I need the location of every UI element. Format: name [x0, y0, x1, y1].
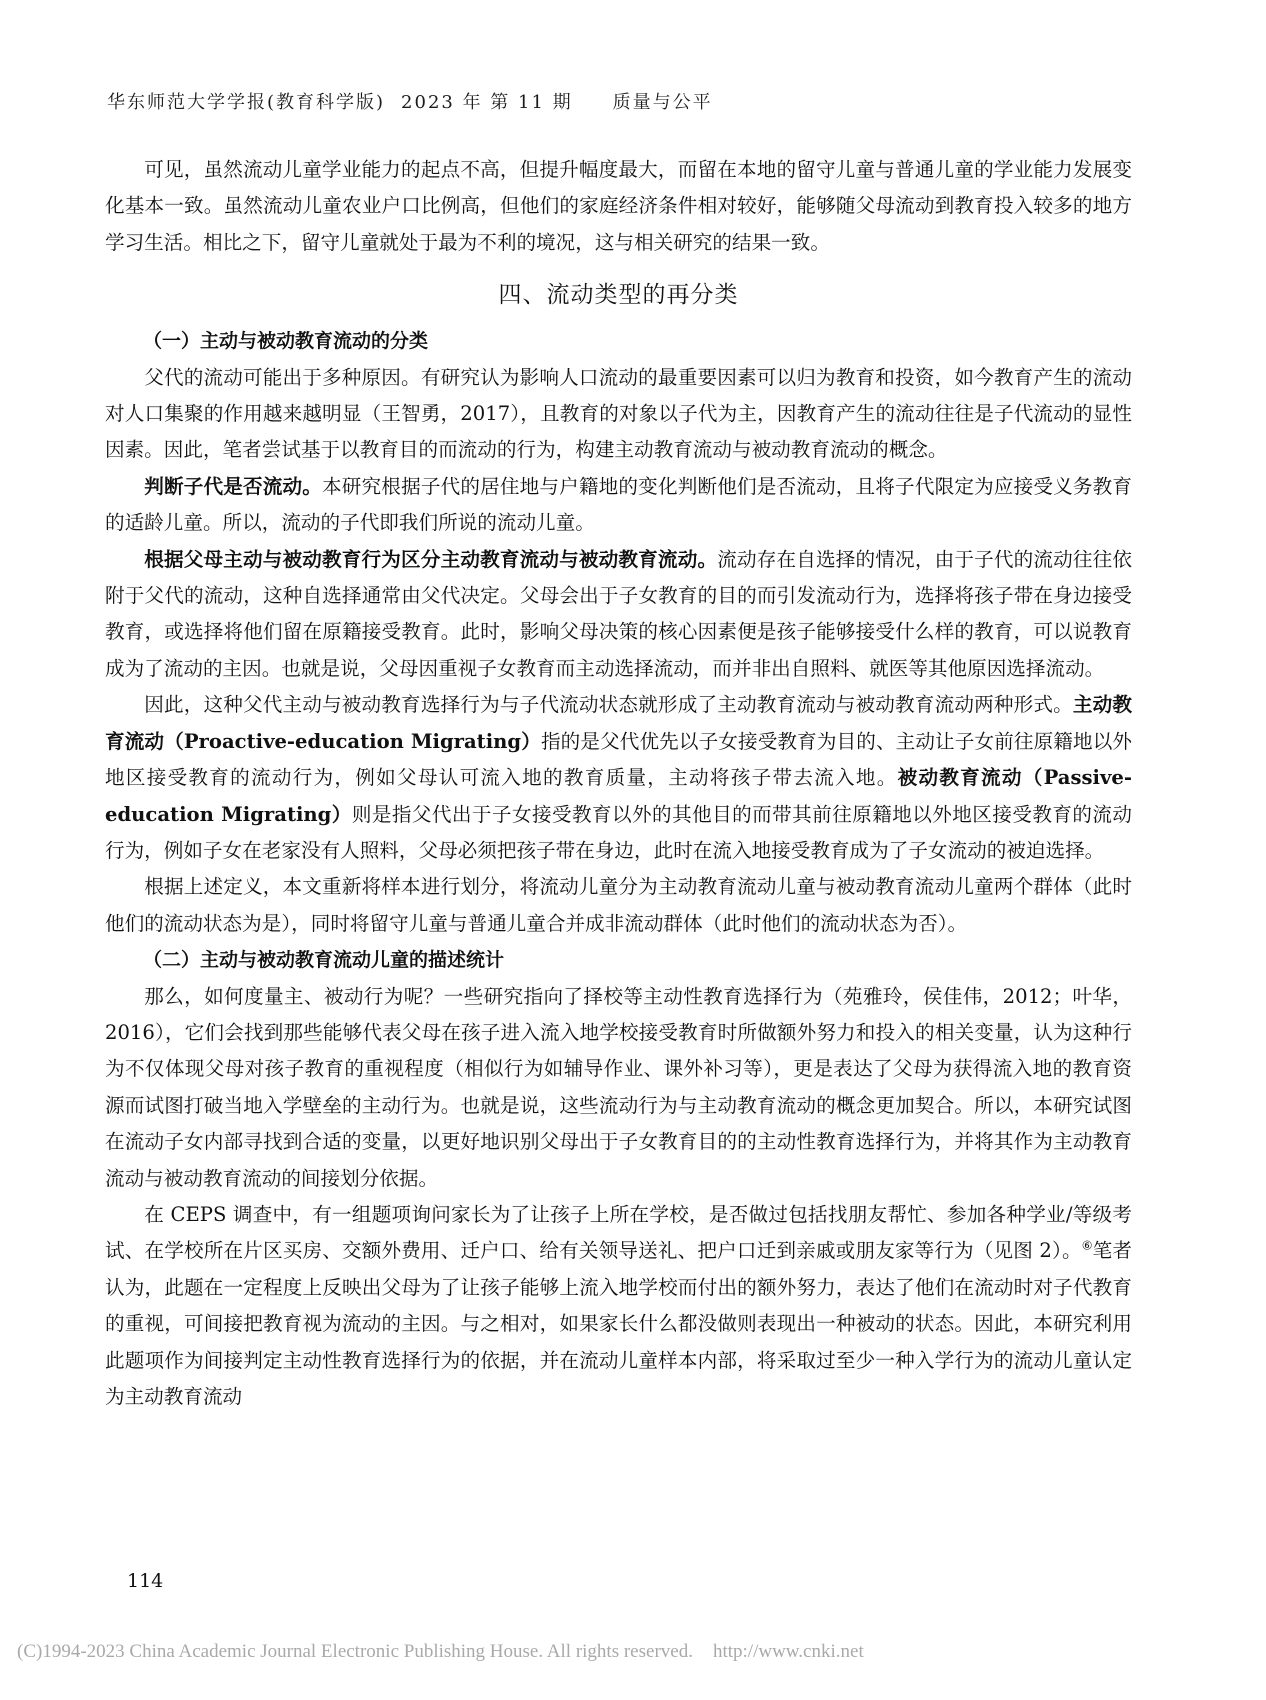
- footnote-marker[interactable]: ⑥: [1082, 1239, 1093, 1253]
- running-header: 华东师范大学学报(教育科学版)2023 年 第 11 期质量与公平: [107, 88, 713, 114]
- paragraph-migration-reasons: 父代的流动可能出于多种原因。有研究认为影响人口流动的最重要因素可以归为教育和投资…: [105, 360, 1132, 469]
- paragraph-definitions: 因此，这种父代主动与被动教育选择行为与子代流动状态就形成了主动教育流动与被动教育…: [105, 687, 1132, 869]
- cnki-url[interactable]: http://www.cnki.net: [713, 1641, 864, 1662]
- copyright-notice: (C)1994-2023 China Academic Journal Elec…: [17, 1641, 1257, 1663]
- article-body: 可见，虽然流动儿童学业能力的起点不高，但提升幅度最大，而留在本地的留守儿童与普通…: [105, 152, 1132, 1415]
- issue-info: 2023 年 第 11 期: [401, 92, 573, 113]
- paragraph-measurement: 那么，如何度量主、被动行为呢？一些研究指向了择校等主动性教育选择行为（苑雅玲，侯…: [105, 979, 1132, 1197]
- section-title: 四、流动类型的再分类: [105, 275, 1132, 315]
- subsection-title-1: （一）主动与被动教育流动的分类: [105, 323, 1132, 359]
- paragraph-child-migration: 判断子代是否流动。本研究根据子代的居住地与户籍地的变化判断他们是否流动，且将子代…: [105, 469, 1132, 542]
- column-name: 质量与公平: [613, 92, 713, 113]
- page-number: 114: [127, 1570, 163, 1592]
- copyright-text: (C)1994-2023 China Academic Journal Elec…: [17, 1641, 693, 1662]
- paragraph-conclusion: 可见，虽然流动儿童学业能力的起点不高，但提升幅度最大，而留在本地的留守儿童与普通…: [105, 152, 1132, 261]
- subsection-title-2: （二）主动与被动教育流动儿童的描述统计: [105, 942, 1132, 978]
- journal-name: 华东师范大学学报(教育科学版): [107, 92, 385, 113]
- bold-lead-parent-behavior: 根据父母主动与被动教育行为区分主动教育流动与被动教育流动。: [144, 548, 717, 571]
- bold-lead-child-migration: 判断子代是否流动。: [144, 475, 322, 498]
- paragraph-ceps: 在 CEPS 调查中，有一组题项询问家长为了让孩子上所在学校，是否做过包括找朋友…: [105, 1197, 1132, 1415]
- paragraph-sample-division: 根据上述定义，本文重新将样本进行划分，将流动儿童分为主动教育流动儿童与被动教育流…: [105, 869, 1132, 942]
- paragraph-parent-behavior: 根据父母主动与被动教育行为区分主动教育流动与被动教育流动。流动存在自选择的情况，…: [105, 542, 1132, 688]
